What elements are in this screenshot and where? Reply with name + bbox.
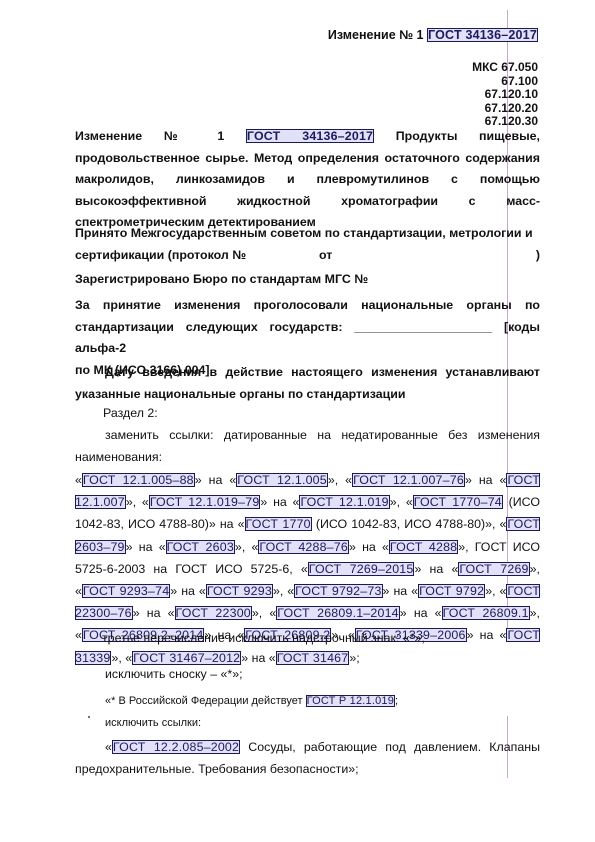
gost-reference: ГОСТ 12.2.085–2002 [112, 740, 240, 754]
gost-reference: ГОСТ 12.1.019–79 [149, 495, 261, 509]
mks-code: 67.120.20 [472, 102, 538, 116]
section-heading: Раздел 2: [75, 403, 540, 425]
gost-reference: ГОСТ 12.1.019 [299, 495, 389, 509]
footnote-text: «* В Российской Федерации действует ГОСТ… [75, 691, 540, 713]
mks-code: 67.100 [472, 75, 538, 89]
gost-reference: ГОСТ Р 12.1.019 [306, 695, 395, 707]
document-header: Изменение № 1 ГОСТ 34136–2017 [328, 28, 538, 42]
title-text: Продукты пищевые, продовольственное сырь… [75, 129, 540, 229]
protocol-label: сертификации (протокол № [75, 248, 246, 262]
gost-reference: ГОСТ 12.1.005 [236, 473, 328, 487]
gost-reference: ГОСТ 31467 [276, 651, 350, 665]
amendment-title: Изменение № 1 ГОСТ 34136–2017 Продукты п… [75, 126, 540, 234]
connector: на [147, 606, 161, 620]
gost-reference: ГОСТ 12.1.005–88 [82, 473, 195, 487]
connector: на [252, 651, 266, 665]
connector: на [362, 540, 376, 554]
connector: на [273, 495, 287, 509]
mks-code: 67.050 [501, 60, 538, 74]
standard-reference: ГОСТ 34136–2017 [427, 28, 538, 42]
third-item-instruction: третье перечисление исключить надстрочны… [75, 628, 540, 650]
from-label: от [319, 245, 332, 267]
gost-reference: ГОСТ 7269 [458, 562, 529, 576]
gost-reference: ГОСТ 22300 [175, 606, 252, 620]
exclude-refs-instruction: исключить ссылки: [75, 713, 540, 735]
adoption-line: Принято Межгосударственным советом по ст… [75, 223, 540, 245]
gost-reference: ГОСТ 9293–74 [82, 584, 170, 598]
gost-reference: ГОСТ 2603 [166, 540, 235, 554]
footnote-body: «* В Российской Федерации действует [105, 695, 303, 707]
excluded-reference: «ГОСТ 12.2.085–2002 Сосуды, работающие п… [75, 737, 540, 780]
gost-reference: ГОСТ 26809.1 [442, 606, 530, 620]
gost-reference: ГОСТ 4288–76 [258, 540, 349, 554]
connector: на [414, 606, 428, 620]
connector: на [209, 473, 223, 487]
gost-reference: ГОСТ 9792 [418, 584, 485, 598]
connector: на [139, 540, 153, 554]
connector: на [181, 584, 195, 598]
gost-reference: ГОСТ 4288 [389, 540, 458, 554]
voting-line: стандартизации следующих государств: ___… [75, 317, 540, 360]
connector: на [393, 584, 407, 598]
mks-code: 67.120.10 [472, 88, 538, 102]
replace-intro: заменить ссылки: датированные на недатир… [75, 425, 540, 468]
closing-paren: ) [536, 245, 540, 267]
connector: на [430, 562, 444, 576]
mks-codes: МКС 67.050 67.100 67.120.10 67.120.20 67… [472, 61, 538, 129]
iso-note: (ИСО 1042-83, ИСО 4788-80) [316, 517, 485, 531]
adoption-line: сертификации (протокол № от ) [75, 245, 540, 267]
mks-label: МКС [472, 60, 498, 74]
gost-reference: ГОСТ 31467–2012 [132, 651, 241, 665]
registration-line: Зарегистрировано Бюро по стандартам МГС … [75, 269, 540, 291]
gost-reference: ГОСТ 9293 [206, 584, 273, 598]
title-prefix: Изменение № 1 [75, 129, 224, 143]
gost-reference: ГОСТ 26809.1–2014 [276, 606, 400, 620]
effective-date-paragraph: Дату введения в действие настоящего изме… [75, 362, 540, 405]
gost-reference: ГОСТ 9792–73 [294, 584, 382, 598]
amendment-label: Изменение № 1 [328, 28, 424, 42]
adoption-paragraph: Принято Межгосударственным советом по ст… [75, 223, 540, 266]
document-page: Изменение № 1 ГОСТ 34136–2017 МКС 67.050… [0, 0, 595, 842]
gost-reference: ГОСТ 1770–74 [413, 495, 503, 509]
exclude-footnote-instruction: исключить сноску – «*»; [75, 664, 540, 686]
connector: на [220, 517, 234, 531]
gost-reference: ГОСТ 12.1.007–76 [352, 473, 465, 487]
standard-reference: ГОСТ 34136–2017 [246, 129, 374, 143]
voting-line: За принятие изменения проголосовали наци… [75, 295, 540, 317]
gost-reference: ГОСТ 1770 [245, 517, 312, 531]
connector: на [479, 473, 493, 487]
footnote-end: ; [395, 695, 398, 707]
gost-reference: ГОСТ 7269–2015 [308, 562, 415, 576]
